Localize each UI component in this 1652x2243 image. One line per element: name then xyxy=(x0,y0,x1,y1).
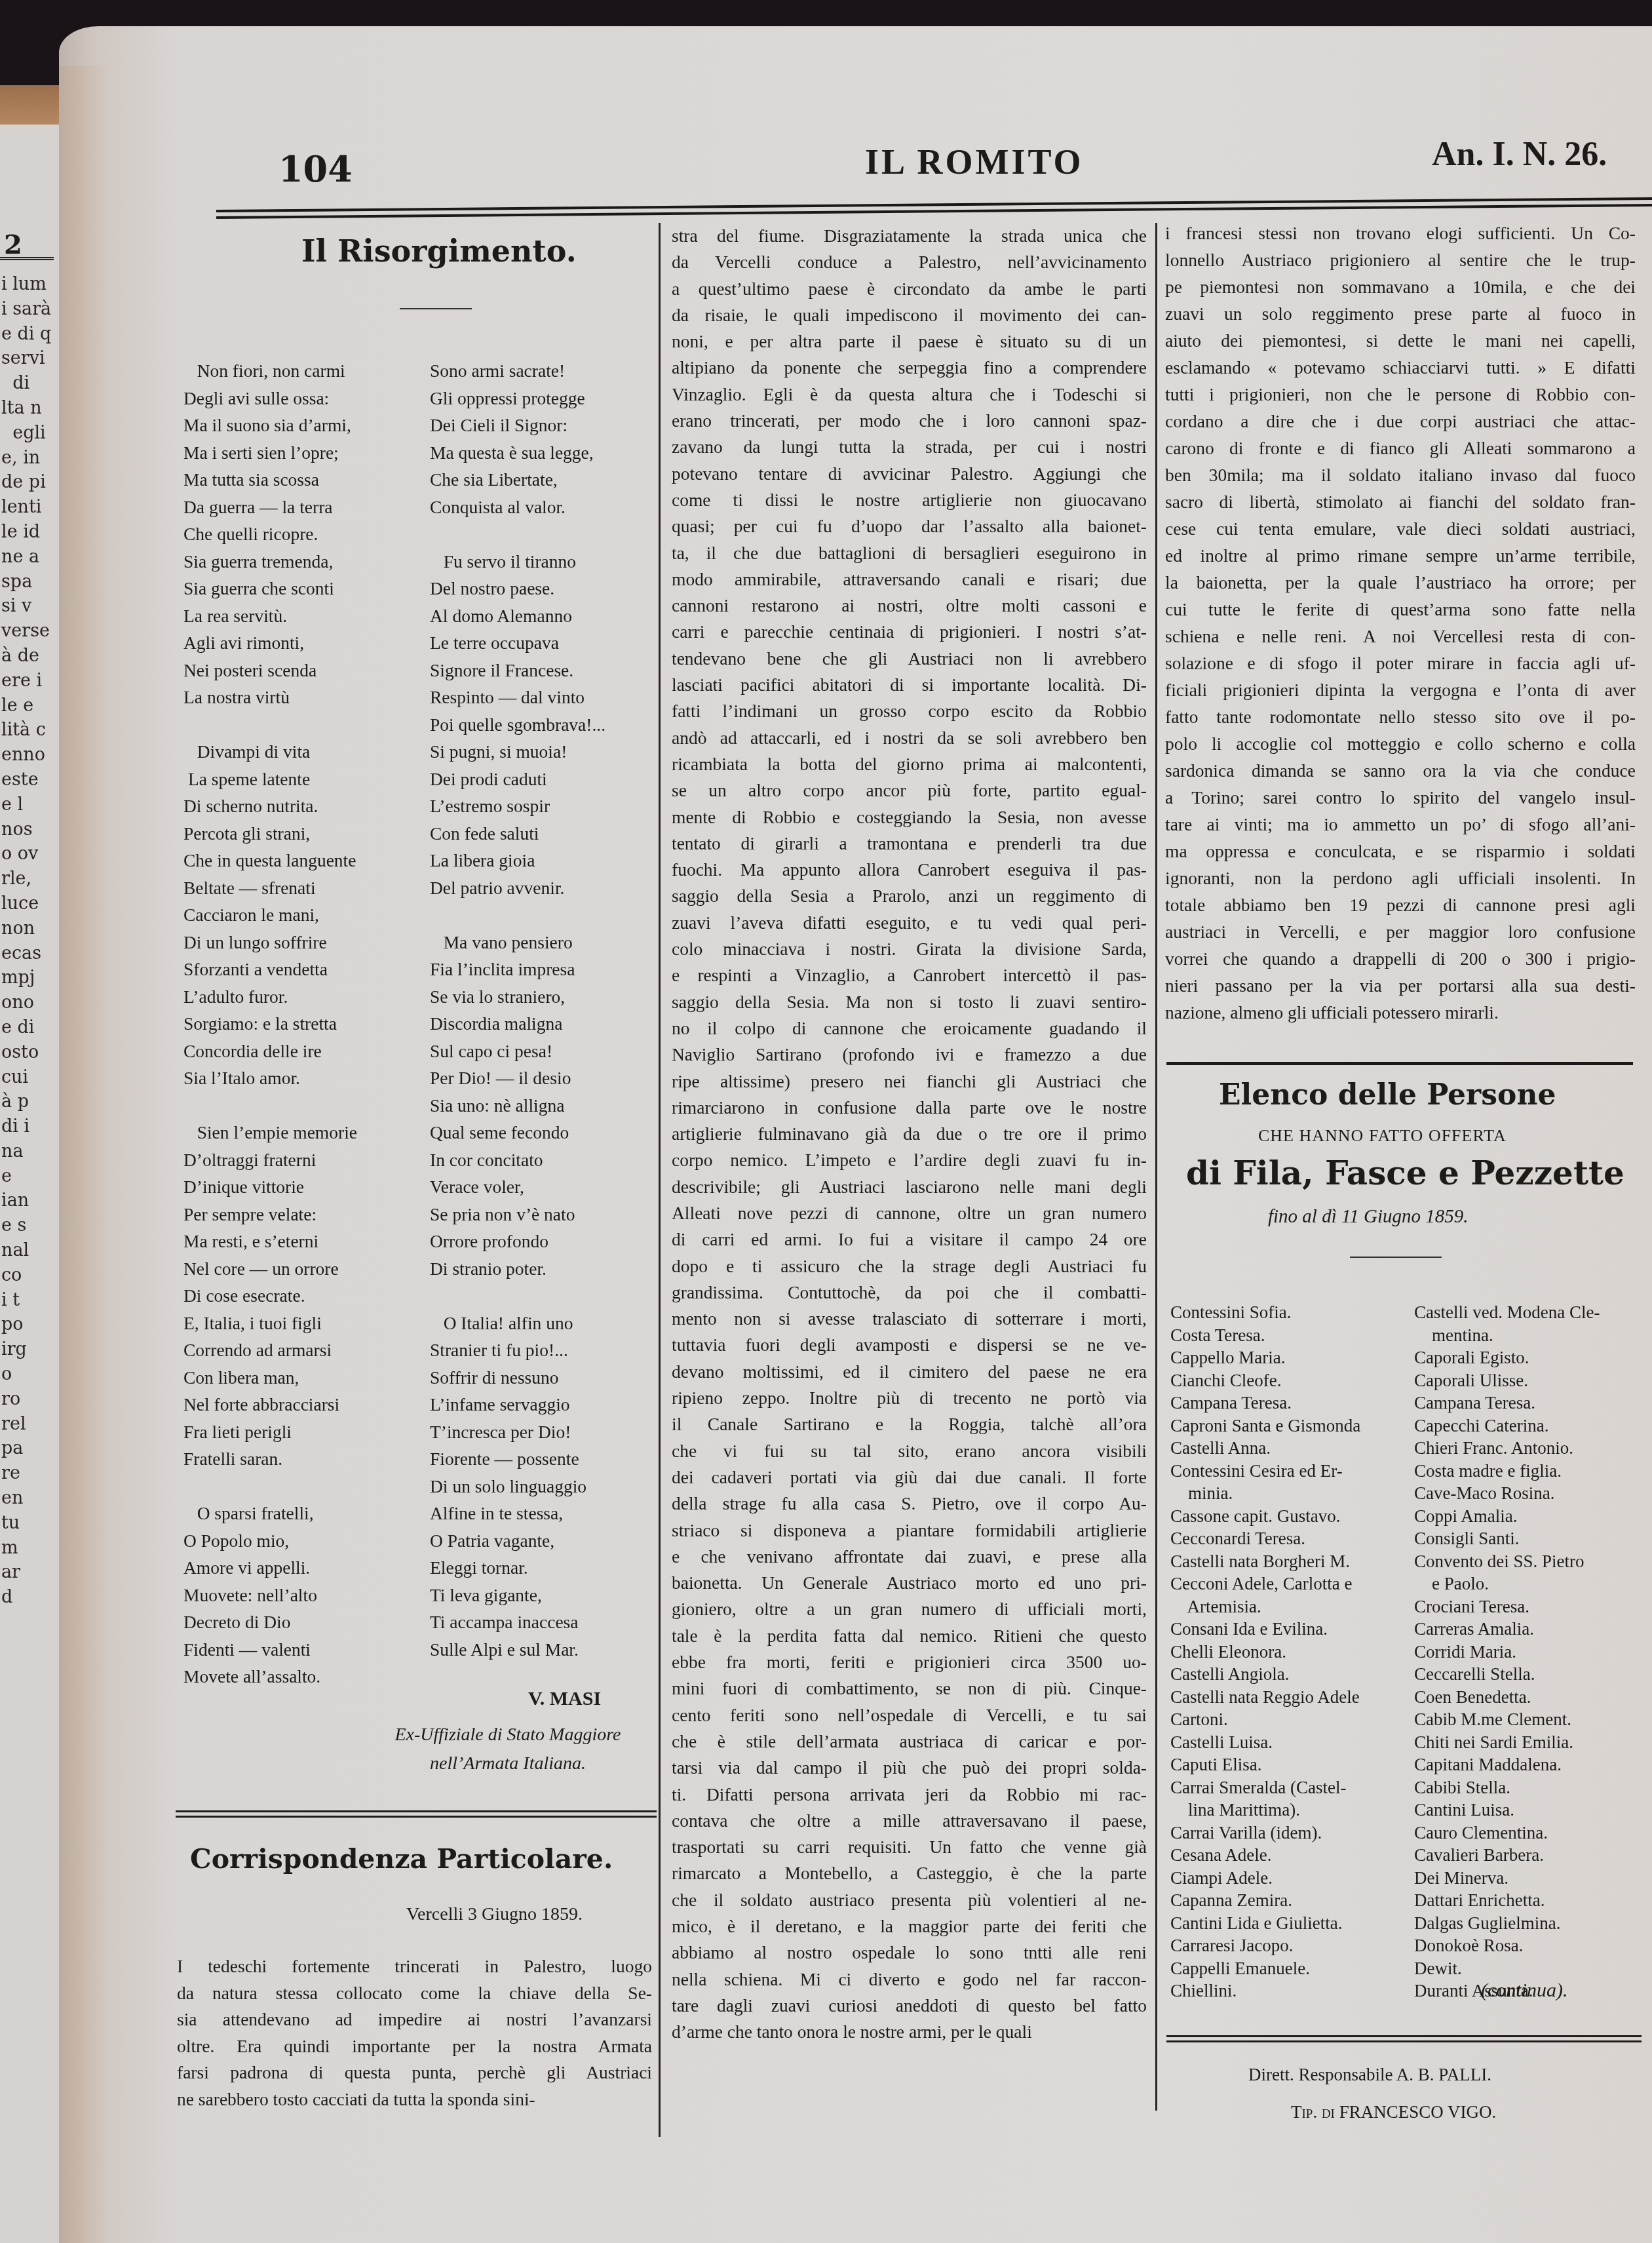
poem-line: Se via lo straniero, xyxy=(430,983,605,1011)
continued-note: (continua). xyxy=(1481,1980,1567,2002)
facing-text-line: e l xyxy=(1,792,51,817)
article-line: ti. Difatti persona arrivata jeri da Rob… xyxy=(672,1782,1147,1808)
poem-line: Cacciaron le mani, xyxy=(183,901,357,929)
poem-line: Agli avi rimonti, xyxy=(183,629,357,657)
author-role-line-2: nell’Armata Italiana. xyxy=(367,1749,649,1778)
article-line: solazione e di sfogo il poter mirare in … xyxy=(1165,650,1636,676)
poem-line: Movete all’assalto. xyxy=(183,1663,357,1690)
article-line: striaco si disponeva a piantare formidab… xyxy=(672,1517,1147,1544)
poem-line: Con libera man, xyxy=(183,1364,357,1392)
donor-name: Cavalieri Barbera. xyxy=(1414,1844,1600,1867)
facing-text-line: e xyxy=(1,1164,51,1189)
article-line: che il soldato austriaco presenta più vo… xyxy=(672,1887,1147,1913)
facing-text-line: d xyxy=(1,1585,51,1610)
facing-page-text: i lumi saràe di qservi dilta n eglie, in… xyxy=(1,272,51,1610)
facing-text-line: e di xyxy=(1,1015,51,1040)
poem-line: Per Dio! — il desio xyxy=(430,1064,605,1092)
correspondence-column-2: stra del fiume. Disgraziatamente la stra… xyxy=(672,223,1147,2045)
article-line: quasi; per cui fu d’uopo dar l’assalto a… xyxy=(672,513,1147,539)
header-double-rule xyxy=(216,197,1652,219)
poem-line: Di scherno nutrita. xyxy=(183,792,357,820)
poem-line: Verace voler, xyxy=(430,1173,605,1201)
poem-line: Stranier ti fu pio!... xyxy=(430,1336,605,1364)
donor-name: lina Marittima). xyxy=(1170,1799,1360,1822)
facing-text-line: ro xyxy=(1,1387,51,1412)
donor-name: Castelli Angiola. xyxy=(1170,1663,1360,1686)
poem-line: Fu servo il tiranno xyxy=(430,548,605,575)
article-line: Vinzaglio. Egli è da questa altura che i… xyxy=(672,381,1147,408)
poem-line xyxy=(430,1282,605,1310)
donor-name: Donokoè Rosa. xyxy=(1414,1934,1600,1957)
poem-line: Fiorente — possente xyxy=(430,1445,605,1473)
poem-line: Beltate — sfrenati xyxy=(183,874,357,902)
poem-line: Fratelli saran. xyxy=(183,1445,357,1473)
article-line: lasciati pacifici abitatori di si import… xyxy=(672,672,1147,698)
donations-subtitle: CHE HANNO FATTO OFFERTA xyxy=(1258,1126,1507,1146)
donor-name: Contessini Cesira ed Er- xyxy=(1170,1460,1360,1483)
poem-title: Il Risorgimento. xyxy=(301,233,577,269)
article-line: stra del fiume. Disgraziatamente la stra… xyxy=(672,223,1147,249)
article-line: dei cadaveri portati via giù dai due can… xyxy=(672,1464,1147,1491)
poem-line: Con fede saluti xyxy=(430,820,605,848)
donor-name: Capecchi Caterina. xyxy=(1414,1414,1600,1437)
article-line: no il colpo di cannone che eroicamente g… xyxy=(672,1015,1147,1042)
correspondence-column-1: I tedeschi fortemente trincerati in Pale… xyxy=(177,1953,652,2113)
article-line: mico, è il deretano, e la maggior parte … xyxy=(672,1913,1147,1940)
donor-name: e Paolo. xyxy=(1414,1572,1600,1595)
poem-line: Orrore profondo xyxy=(430,1228,605,1255)
poem-line: Ma vano pensiero xyxy=(430,929,605,956)
poem-line: Di un solo linguaggio xyxy=(430,1473,605,1500)
poem-line: Fia l’inclita impresa xyxy=(430,956,605,983)
article-line: ebbe fra morti, feriti e prigionieri cir… xyxy=(672,1649,1147,1675)
poem-line: La nostra virtù xyxy=(183,684,357,711)
poem-line: Che in questa languente xyxy=(183,847,357,874)
article-line: ripe altissime) presero nei fianchi gli … xyxy=(672,1068,1147,1095)
poem-line: Si pugni, si muoia! xyxy=(430,738,605,766)
poem-line: Sien l’empie memorie xyxy=(183,1119,357,1146)
facing-text-line: ere i xyxy=(1,669,51,693)
poem-line: Alfine in te stessa, xyxy=(430,1500,605,1527)
poem-line: Amore vi appelli. xyxy=(183,1554,357,1582)
poem-line: Degli avi sulle ossa: xyxy=(183,385,357,412)
poem-line: Dei prodi caduti xyxy=(430,766,605,793)
donor-name: Chiti nei Sardi Emilia. xyxy=(1414,1731,1600,1754)
donor-name: Chiellini. xyxy=(1170,1980,1360,2002)
poem-line: Sia guerra che sconti xyxy=(183,575,357,602)
poem-line: Sia l’Italo amor. xyxy=(183,1064,357,1092)
facing-text-line: rel xyxy=(1,1412,51,1437)
article-line: d’arme che tanto onora le nostre armi, p… xyxy=(672,2019,1147,2045)
poem-line: Sulle Alpi e sul Mar. xyxy=(430,1636,605,1664)
article-line: la baionetta, per la quale l’austriaco h… xyxy=(1165,569,1636,596)
article-line: polo li accoglie col motteggio e collo s… xyxy=(1165,730,1636,757)
donor-name: Cabib M.me Clement. xyxy=(1414,1708,1600,1731)
article-line: da natura stessa collocato come la chiav… xyxy=(177,1980,652,2007)
poem-line: Eleggi tornar. xyxy=(430,1554,605,1582)
article-line: sacro di libertà, stimolato ai fianchi d… xyxy=(1165,488,1636,515)
facing-text-line: enno xyxy=(1,743,51,768)
donations-title: Elenco delle Persone xyxy=(1219,1078,1556,1112)
poem-line: Sia uno: nè alligna xyxy=(430,1092,605,1120)
article-line: colo minacciava i nostri. Girata la divi… xyxy=(672,936,1147,962)
donations-top-rule xyxy=(1166,1062,1633,1065)
facing-text-line: po xyxy=(1,1312,51,1337)
facing-text-line: re xyxy=(1,1461,51,1486)
facing-text-line: cui xyxy=(1,1065,51,1090)
poem-line xyxy=(183,1473,357,1500)
poem-line: Per sempre velate: xyxy=(183,1201,357,1228)
donor-name: Carrai Smeralda (Castel- xyxy=(1170,1776,1360,1799)
article-line: tale è la perdita fatta dal nemico. Riti… xyxy=(672,1623,1147,1649)
poem-line: E, Italia, i tuoi figli xyxy=(183,1310,357,1337)
donor-name: Carreras Amalia. xyxy=(1414,1618,1600,1641)
donor-name: Cauro Clementina. xyxy=(1414,1822,1600,1844)
article-line: che vi fui su tal sito, erano ancora vis… xyxy=(672,1438,1147,1464)
poem-line: Al domo Alemanno xyxy=(430,602,605,630)
poem-line: Se pria non v’è nato xyxy=(430,1201,605,1228)
donor-name: Chieri Franc. Antonio. xyxy=(1414,1437,1600,1460)
article-line: I tedeschi fortemente trincerati in Pale… xyxy=(177,1953,652,1980)
facing-text-line: lta n xyxy=(1,396,51,421)
article-line: cento feriti sono nell’ospedale di Verce… xyxy=(672,1702,1147,1728)
poem-line: Che quelli ricopre. xyxy=(183,520,357,548)
article-line: da risaie, le quali impediscono il movim… xyxy=(672,302,1147,328)
donor-name: Castelli nata Borgheri M. xyxy=(1170,1550,1360,1573)
donor-name: Dei Minerva. xyxy=(1414,1867,1600,1890)
article-line: pe piemontesi non sommavano a 10mila, e … xyxy=(1165,273,1636,300)
poem-line: L’infame servaggio xyxy=(430,1391,605,1418)
facing-text-line: le id xyxy=(1,520,51,545)
poem-line: Concordia delle ire xyxy=(183,1038,357,1065)
article-line: noni, e per altra parte il paese è situa… xyxy=(672,328,1147,355)
facing-text-line: di xyxy=(1,371,51,396)
article-line: tentato di girarli a tramontana e prende… xyxy=(672,830,1147,857)
facing-text-line: i sarà xyxy=(1,297,51,322)
facing-text-line: luce xyxy=(1,891,51,916)
editor-credit: Dirett. Responsabile A. B. PALLI. xyxy=(1248,2065,1491,2085)
article-line: devano moltissimi, ed il cimitero del pa… xyxy=(672,1359,1147,1385)
poem-line: Del nostro paese. xyxy=(430,575,605,602)
article-line: fuochi. Ma appunto allora Canrobert eseg… xyxy=(672,857,1147,883)
poem-line: Discordia maligna xyxy=(430,1010,605,1038)
poem-line: Fra lieti perigli xyxy=(183,1418,357,1446)
donor-name: Cantini Lida e Giulietta. xyxy=(1170,1912,1360,1935)
poem-line: La rea servitù. xyxy=(183,602,357,630)
poem-line: Ma questa è sua legge, xyxy=(430,439,605,467)
poem-line: La speme latente xyxy=(183,766,357,793)
poem-line: Dei Cieli il Signor: xyxy=(430,412,605,439)
facing-text-line: ne a xyxy=(1,545,51,570)
poem-line: L’adulto furor. xyxy=(183,983,357,1011)
facing-text-line: de pi xyxy=(1,470,51,495)
article-line: tare ai vinti; ma io ammetto un po’ di s… xyxy=(1165,811,1636,838)
facing-text-line: ian xyxy=(1,1188,51,1213)
poem-author: V. MASI xyxy=(528,1688,601,1710)
donor-name: Campana Teresa. xyxy=(1170,1392,1360,1414)
poem-line: Sorgiamo: e la stretta xyxy=(183,1010,357,1038)
article-line: abbiamo al nostro ospedale lo sono tntti… xyxy=(672,1940,1147,1966)
poem-line: Sono armi sacrate! xyxy=(430,357,605,385)
poem-left-stanzas: Non fiori, non carmiDegli avi sulle ossa… xyxy=(183,357,357,1690)
article-line: aiuto dei piemontesi, si dette le mani n… xyxy=(1165,327,1636,354)
facing-text-line: e, in xyxy=(1,446,51,471)
article-line: lonnello Austriaco prigioniero al sentir… xyxy=(1165,246,1636,273)
facing-text-line: e s xyxy=(1,1213,51,1238)
facing-text-line: rle, xyxy=(1,867,51,891)
poem-line: Nel core — un orrore xyxy=(183,1255,357,1283)
donor-name: Crociani Teresa. xyxy=(1414,1595,1600,1618)
donor-name: Coen Benedetta. xyxy=(1414,1686,1600,1709)
poem-title-rule xyxy=(400,308,472,309)
donor-list-right: Castelli ved. Modena Cle- mentina.Capora… xyxy=(1414,1301,1600,2002)
poem-line xyxy=(430,520,605,548)
facing-text-line: à de xyxy=(1,644,51,669)
facing-text-line: spa xyxy=(1,570,51,595)
donor-name: Dewit. xyxy=(1414,1957,1600,1980)
article-line: carono di fronte e di fianco gli Alleati… xyxy=(1165,435,1636,461)
poem-line: Fidenti — valenti xyxy=(183,1636,357,1664)
article-line: ma oppressa e conculcata, e se risparmio… xyxy=(1165,838,1636,865)
facing-text-line: servi xyxy=(1,346,51,371)
donor-name: Caporali Egisto. xyxy=(1414,1346,1600,1369)
poem-line: Correndo ad armarsi xyxy=(183,1336,357,1364)
correspondence-title: Corrispondenza Particolare. xyxy=(190,1843,613,1875)
article-line: nieri passano per la via per portarsi al… xyxy=(1165,972,1636,999)
facing-page-number: 2 xyxy=(4,229,22,260)
article-line: trasportati su carri requisiti. Un fatto… xyxy=(672,1834,1147,1860)
poem-line: O Italia! alfin uno xyxy=(430,1310,605,1337)
column-divider-2 xyxy=(1155,223,1157,2111)
donor-name: Cappelli Emanuele. xyxy=(1170,1957,1360,1980)
article-line: farsi padrona di questa punta, perchè gl… xyxy=(177,2059,652,2086)
facing-text-line: osto xyxy=(1,1040,51,1065)
donor-name: Castelli Anna. xyxy=(1170,1437,1360,1460)
article-line: e respinti a Vinzaglio, a Canrobert inte… xyxy=(672,962,1147,988)
poem-line: D’inique vittorie xyxy=(183,1173,357,1201)
article-line: tendevano bene che gli Austriaci non li … xyxy=(672,646,1147,672)
article-line: rimarcato a Montebello, a Casteggio, è c… xyxy=(672,1860,1147,1886)
article-line: di carri ed armi. Io fui a visitare il c… xyxy=(672,1226,1147,1253)
article-line: ignoranti, non la perdono agli ufficiali… xyxy=(1165,865,1636,891)
facing-text-line: m xyxy=(1,1536,51,1561)
article-line: cese cui tenta emulare, vale dieci solda… xyxy=(1165,515,1636,542)
poem-line: Conquista al valor. xyxy=(430,494,605,521)
article-line: tuttavia fuori degli avamposti e dispers… xyxy=(672,1332,1147,1358)
poem-line xyxy=(430,901,605,929)
printer-credit: Tip. di FRANCESCO VIGO. xyxy=(1291,2102,1496,2122)
facing-text-line: si v xyxy=(1,594,51,619)
facing-text-line: mpj xyxy=(1,965,51,990)
article-line: contava che oltre a mille attraversavano… xyxy=(672,1808,1147,1834)
facing-text-line: en xyxy=(1,1486,51,1511)
donations-title-2: di Fila, Fasce e Pezzette xyxy=(1186,1154,1624,1192)
article-line: fatti l’indimani un grosso corpo escito … xyxy=(672,698,1147,724)
article-line: vorrei che quando a drappelli di 200 o 3… xyxy=(1165,945,1636,972)
article-line: e che venivano affrontate dai zuavi, e p… xyxy=(672,1544,1147,1570)
poem-line: Nei posteri scenda xyxy=(183,657,357,684)
poem-line: Ma i serti sien l’opre; xyxy=(183,439,357,467)
facing-text-line: irg xyxy=(1,1337,51,1362)
poem-line: Divampi di vita xyxy=(183,738,357,766)
donor-name: minia. xyxy=(1170,1482,1360,1505)
article-line: nazione, almeno gli ufficiali potessero … xyxy=(1165,999,1636,1026)
newspaper-title: IL ROMITO xyxy=(865,142,1084,182)
correspondence-dateline: Vercelli 3 Giugno 1859. xyxy=(406,1904,583,1925)
poem-line: Qual seme fecondo xyxy=(430,1119,605,1146)
article-line: ripieno zeppo. Inoltre più di trecento n… xyxy=(672,1385,1147,1411)
facing-text-line: le e xyxy=(1,693,51,718)
article-line: zuavi un solo reggimento prese parte al … xyxy=(1165,300,1636,327)
article-line: Naviglio Sartirano (profondo ivi e frame… xyxy=(672,1042,1147,1068)
article-line: fatto tante rodomontate nello stesso sit… xyxy=(1165,703,1636,730)
article-line: zuavi l’aveva difatti eseguito, e tu ved… xyxy=(672,910,1147,936)
article-line: artiglierie fulminavano già da due o tre… xyxy=(672,1121,1147,1147)
poem-line: Poi quelle sgombrava!... xyxy=(430,711,605,739)
donations-title-rule xyxy=(1350,1257,1442,1258)
article-line: baionetta. Un Generale Austriaco morto e… xyxy=(672,1570,1147,1596)
donor-name: Cave-Maco Rosina. xyxy=(1414,1482,1600,1505)
article-line: i francesi stessi non trovano elogi suff… xyxy=(1165,220,1636,246)
article-line: ricambiata la botta del giorno prima ai … xyxy=(672,751,1147,777)
facing-text-line: pa xyxy=(1,1436,51,1461)
article-line: altipiano da ponente che serpeggia fino … xyxy=(672,355,1147,381)
donor-name: Castelli nata Reggio Adele xyxy=(1170,1686,1360,1709)
article-line: ne sarebbero tosto cacciati da tutta la … xyxy=(177,2086,652,2113)
facing-text-line: egli xyxy=(1,421,51,446)
poem-line: Ma resti, e s’eterni xyxy=(183,1228,357,1255)
article-line: austriaci in Vercelli, e per maggior lor… xyxy=(1165,918,1636,945)
donor-name: Artemisia. xyxy=(1170,1595,1360,1618)
donor-name: Chelli Eleonora. xyxy=(1170,1641,1360,1664)
page-gutter-shadow xyxy=(59,66,111,2243)
facing-text-line: tu xyxy=(1,1511,51,1536)
donor-name: Contessini Sofia. xyxy=(1170,1301,1360,1324)
facing-text-line: verse xyxy=(1,619,51,644)
poem-line: Di stranio poter. xyxy=(430,1255,605,1283)
article-line: saggio della Sesia a Prarolo, anzi un re… xyxy=(672,883,1147,909)
facing-text-line: ecas xyxy=(1,941,51,966)
donor-name: Cabibi Stella. xyxy=(1414,1776,1600,1799)
facing-text-line: co xyxy=(1,1263,51,1288)
poem-line: O Patria vagante, xyxy=(430,1527,605,1555)
article-line: andò ad attaccarli, ed i nostri da se so… xyxy=(672,725,1147,751)
poem-line: Soffrir di nessuno xyxy=(430,1364,605,1392)
article-line: cui tutte le ferite di quest’arma sono f… xyxy=(1165,596,1636,623)
donor-name: Costa madre e figlia. xyxy=(1414,1460,1600,1483)
facing-text-line: o ov xyxy=(1,842,51,867)
poem-line: Di un lungo soffrire xyxy=(183,929,357,956)
article-line: carri e parecchie centinaia di prigionie… xyxy=(672,619,1147,645)
donor-name: Caputi Elisa. xyxy=(1170,1753,1360,1776)
article-line: a Torino; sarei contro lo spirito del va… xyxy=(1165,784,1636,811)
article-line: cordano a dire che i due corpi austriaci… xyxy=(1165,408,1636,435)
donor-name: Capitani Maddalena. xyxy=(1414,1753,1600,1776)
article-line: mente di Robbio e costeggiando la Sesia,… xyxy=(672,804,1147,830)
section-double-rule xyxy=(176,1810,657,1818)
article-line: se un altro corpo ancor più forte, parti… xyxy=(672,777,1147,804)
donor-name: Cecconi Adele, Carlotta e xyxy=(1170,1572,1360,1595)
facing-header-rule xyxy=(0,257,54,260)
donor-name: Corridi Maria. xyxy=(1414,1641,1600,1664)
article-line: descrivibile; gli Austriaci lasciarono n… xyxy=(672,1174,1147,1200)
donor-name: Cecconardi Teresa. xyxy=(1170,1527,1360,1550)
donor-list-left: Contessini Sofia.Costa Teresa.Cappello M… xyxy=(1170,1301,1360,2002)
newspaper-page: 104 IL ROMITO An. I. N. 26. Il Risorgime… xyxy=(59,26,1652,2243)
issue-number: An. I. N. 26. xyxy=(1432,135,1607,174)
poem-line: T’incresca per Dio! xyxy=(430,1418,605,1446)
poem-line: Non fiori, non carmi xyxy=(183,357,357,385)
article-line: ficiali prigionieri dipinta la vergogna … xyxy=(1165,676,1636,703)
poem-line: Percota gli strani, xyxy=(183,820,357,848)
article-line: il Canale Sartirano e la Roggia, talchè … xyxy=(672,1411,1147,1437)
donor-name: Caporali Ulisse. xyxy=(1414,1369,1600,1392)
article-line: esclamando « potevamo schiacciarvi tutti… xyxy=(1165,354,1636,381)
donor-name: Consani Ida e Evilina. xyxy=(1170,1618,1360,1641)
article-line: gioniero, oltre a un gran numero di uffi… xyxy=(672,1596,1147,1622)
poem-line: Gli oppressi protegge xyxy=(430,385,605,412)
donor-name: Cesana Adele. xyxy=(1170,1844,1360,1867)
donor-name: Cianchi Cleofe. xyxy=(1170,1369,1360,1392)
article-line: saggio della Sesia. Ma non si tosto li z… xyxy=(672,989,1147,1015)
article-line: cannoni restarono ai nostri, oltre molti… xyxy=(672,593,1147,619)
article-line: tutti i prigionieri, non che le persone … xyxy=(1165,381,1636,408)
donor-name: Caproni Santa e Gismonda xyxy=(1170,1414,1360,1437)
poem-line: Respinto — dal vinto xyxy=(430,684,605,711)
facing-text-line: lenti xyxy=(1,495,51,520)
poem-line: La libera gioia xyxy=(430,847,605,874)
article-line: da Vercelli conduce a Palestro, nell’avv… xyxy=(672,249,1147,275)
poem-line: Signore il Francese. xyxy=(430,657,605,684)
donor-name: Dattari Enrichetta. xyxy=(1414,1889,1600,1912)
poem-line: Muovete: nell’alto xyxy=(183,1582,357,1609)
donor-name: Ceccarelli Stella. xyxy=(1414,1663,1600,1686)
facing-text-line: na xyxy=(1,1139,51,1164)
poem-line: Sia guerra tremenda, xyxy=(183,548,357,575)
donor-name: mentina. xyxy=(1414,1324,1600,1347)
facing-text-line: lità c xyxy=(1,718,51,743)
facing-text-line: nal xyxy=(1,1238,51,1263)
article-line: modo ammirabile, attraversando canali e … xyxy=(672,566,1147,593)
facing-text-line: i lum xyxy=(1,272,51,297)
poem-line: Ma tutta sia scossa xyxy=(183,466,357,494)
facing-text-line: di i xyxy=(1,1114,51,1139)
poem-line: Che sia Libertate, xyxy=(430,466,605,494)
donor-name: Consigli Santi. xyxy=(1414,1527,1600,1550)
donor-name: Carraresi Jacopo. xyxy=(1170,1934,1360,1957)
poem-line: In cor concitato xyxy=(430,1146,605,1174)
article-line: ben 30mila; ma il soldato italiano invas… xyxy=(1165,461,1636,488)
donor-name: Campana Teresa. xyxy=(1414,1392,1600,1414)
article-line: corpo nemico. L’impeto e l’ardire degli … xyxy=(672,1147,1147,1173)
poem-line: Sforzanti a vendetta xyxy=(183,956,357,983)
footer-double-rule xyxy=(1166,2035,1642,2042)
column-divider-1 xyxy=(659,223,661,2137)
poem-line: Da guerra — la terra xyxy=(183,494,357,521)
article-line: sardonica dimanda se sanno ora la via ch… xyxy=(1165,757,1636,784)
article-line: oltre. Era quindi importante per la nost… xyxy=(177,2033,652,2060)
poem-line: Ti leva gigante, xyxy=(430,1582,605,1609)
article-line: grandissima. Contuttochè, da poi che il … xyxy=(672,1279,1147,1306)
facing-text-line: i t xyxy=(1,1288,51,1313)
article-line: schiena e nelle reni. A noi Vercellesi r… xyxy=(1165,623,1636,650)
page-number: 104 xyxy=(279,148,353,190)
donor-name: Costa Teresa. xyxy=(1170,1324,1360,1347)
poem-line xyxy=(183,1092,357,1120)
facing-text-line: este xyxy=(1,768,51,792)
facing-text-line: e di q xyxy=(1,322,51,347)
article-line: tarsi via dal campo il più che può dei p… xyxy=(672,1755,1147,1781)
